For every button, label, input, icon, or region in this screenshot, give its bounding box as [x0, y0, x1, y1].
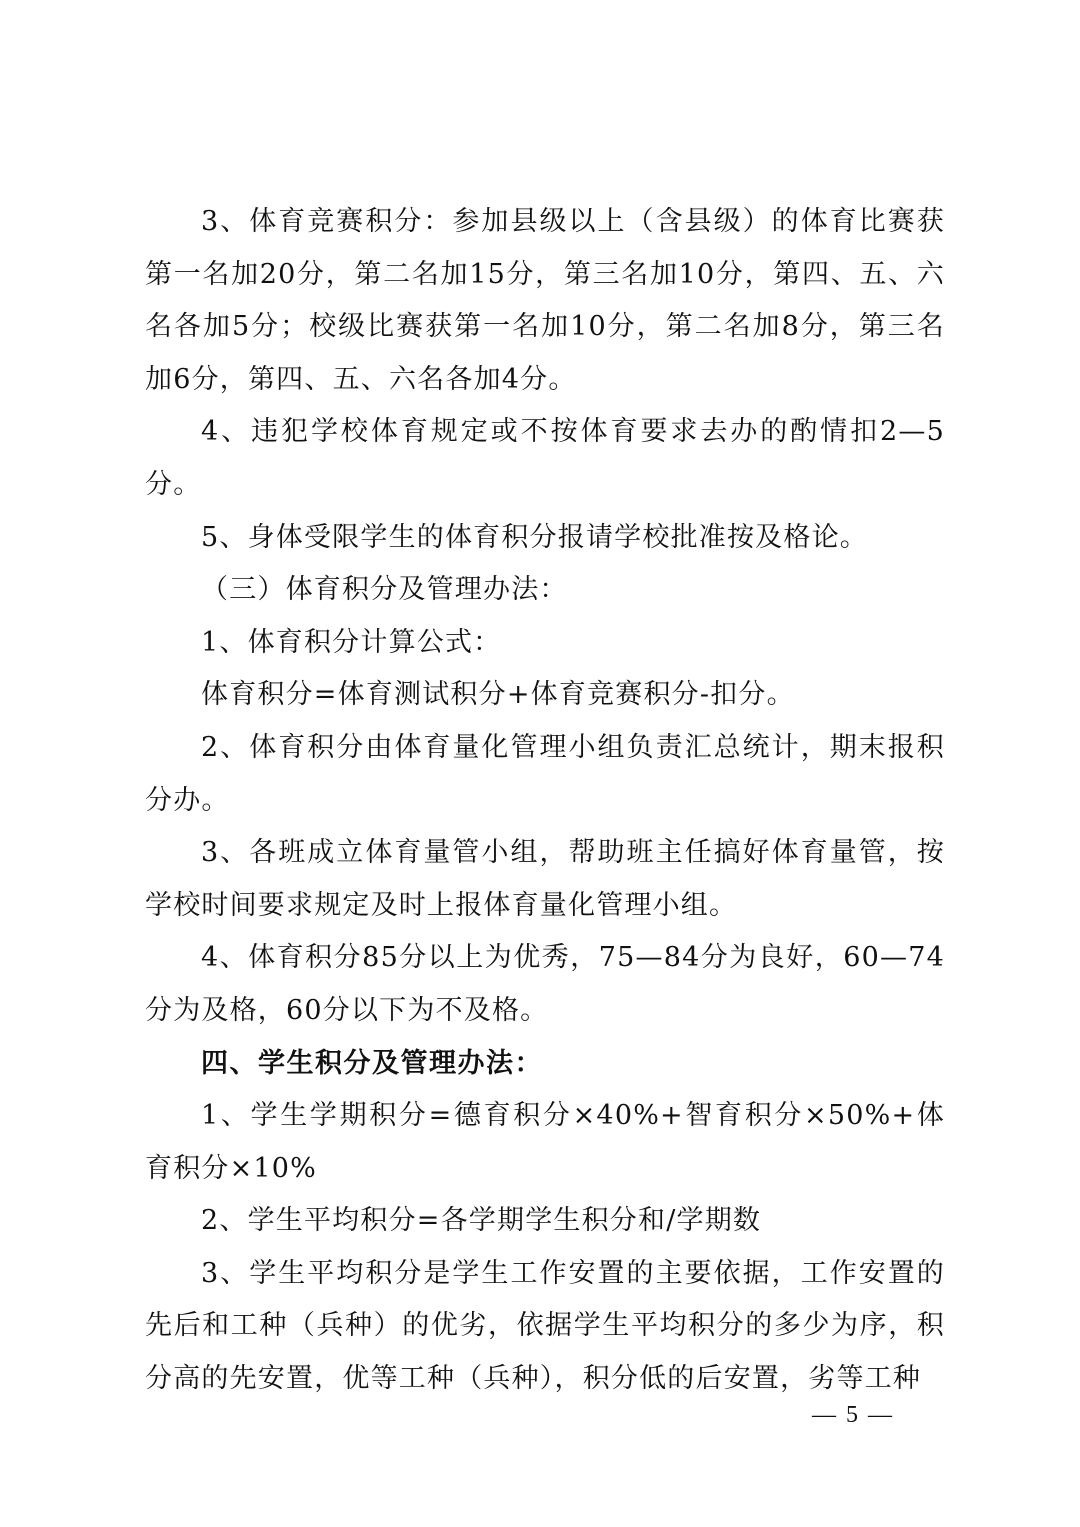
paragraph-semester-points-formula: 1、学生学期积分=德育积分×40%+智育积分×50%+体育积分×10%: [145, 1090, 945, 1195]
paragraph-average-points-formula: 2、学生平均积分=各学期学生积分和/学期数: [145, 1195, 945, 1248]
document-body: 3、体育竞赛积分：参加县级以上（含县级）的体育比赛获第一名加20分，第二名加15…: [145, 196, 945, 1406]
document-page: 3、体育竞赛积分：参加县级以上（含县级）的体育比赛获第一名加20分，第二名加15…: [0, 0, 1080, 1527]
paragraph-job-placement-basis: 3、学生平均积分是学生工作安置的主要依据，工作安置的先后和工种（兵种）的优劣，依…: [145, 1248, 945, 1406]
paragraph-points-statistics: 2、体育积分由体育量化管理小组负责汇总统计，期末报积分办。: [145, 722, 945, 827]
section-heading-student-points-management: 四、学生积分及管理办法：: [145, 1038, 945, 1091]
paragraph-class-management-group: 3、各班成立体育量管小组，帮助班主任搞好体育量管，按学校时间要求规定及时上报体育…: [145, 827, 945, 932]
paragraph-formula-title: 1、体育积分计算公式：: [145, 617, 945, 670]
paragraph-sports-competition-points: 3、体育竞赛积分：参加县级以上（含县级）的体育比赛获第一名加20分，第二名加15…: [145, 196, 945, 406]
paragraph-sports-points-formula: 体育积分=体育测试积分+体育竞赛积分-扣分。: [145, 669, 945, 722]
section-heading-sports-points-management: （三）体育积分及管理办法：: [145, 564, 945, 617]
paragraph-grade-thresholds: 4、体育积分85分以上为优秀，75—84分为良好，60—74分为及格，60分以下…: [145, 932, 945, 1037]
page-number: — 5 —: [812, 1402, 894, 1429]
paragraph-physically-limited-students: 5、身体受限学生的体育积分报请学校批准按及格论。: [145, 512, 945, 565]
paragraph-rule-violation-deduction: 4、违犯学校体育规定或不按体育要求去办的酌情扣2—5分。: [145, 406, 945, 511]
